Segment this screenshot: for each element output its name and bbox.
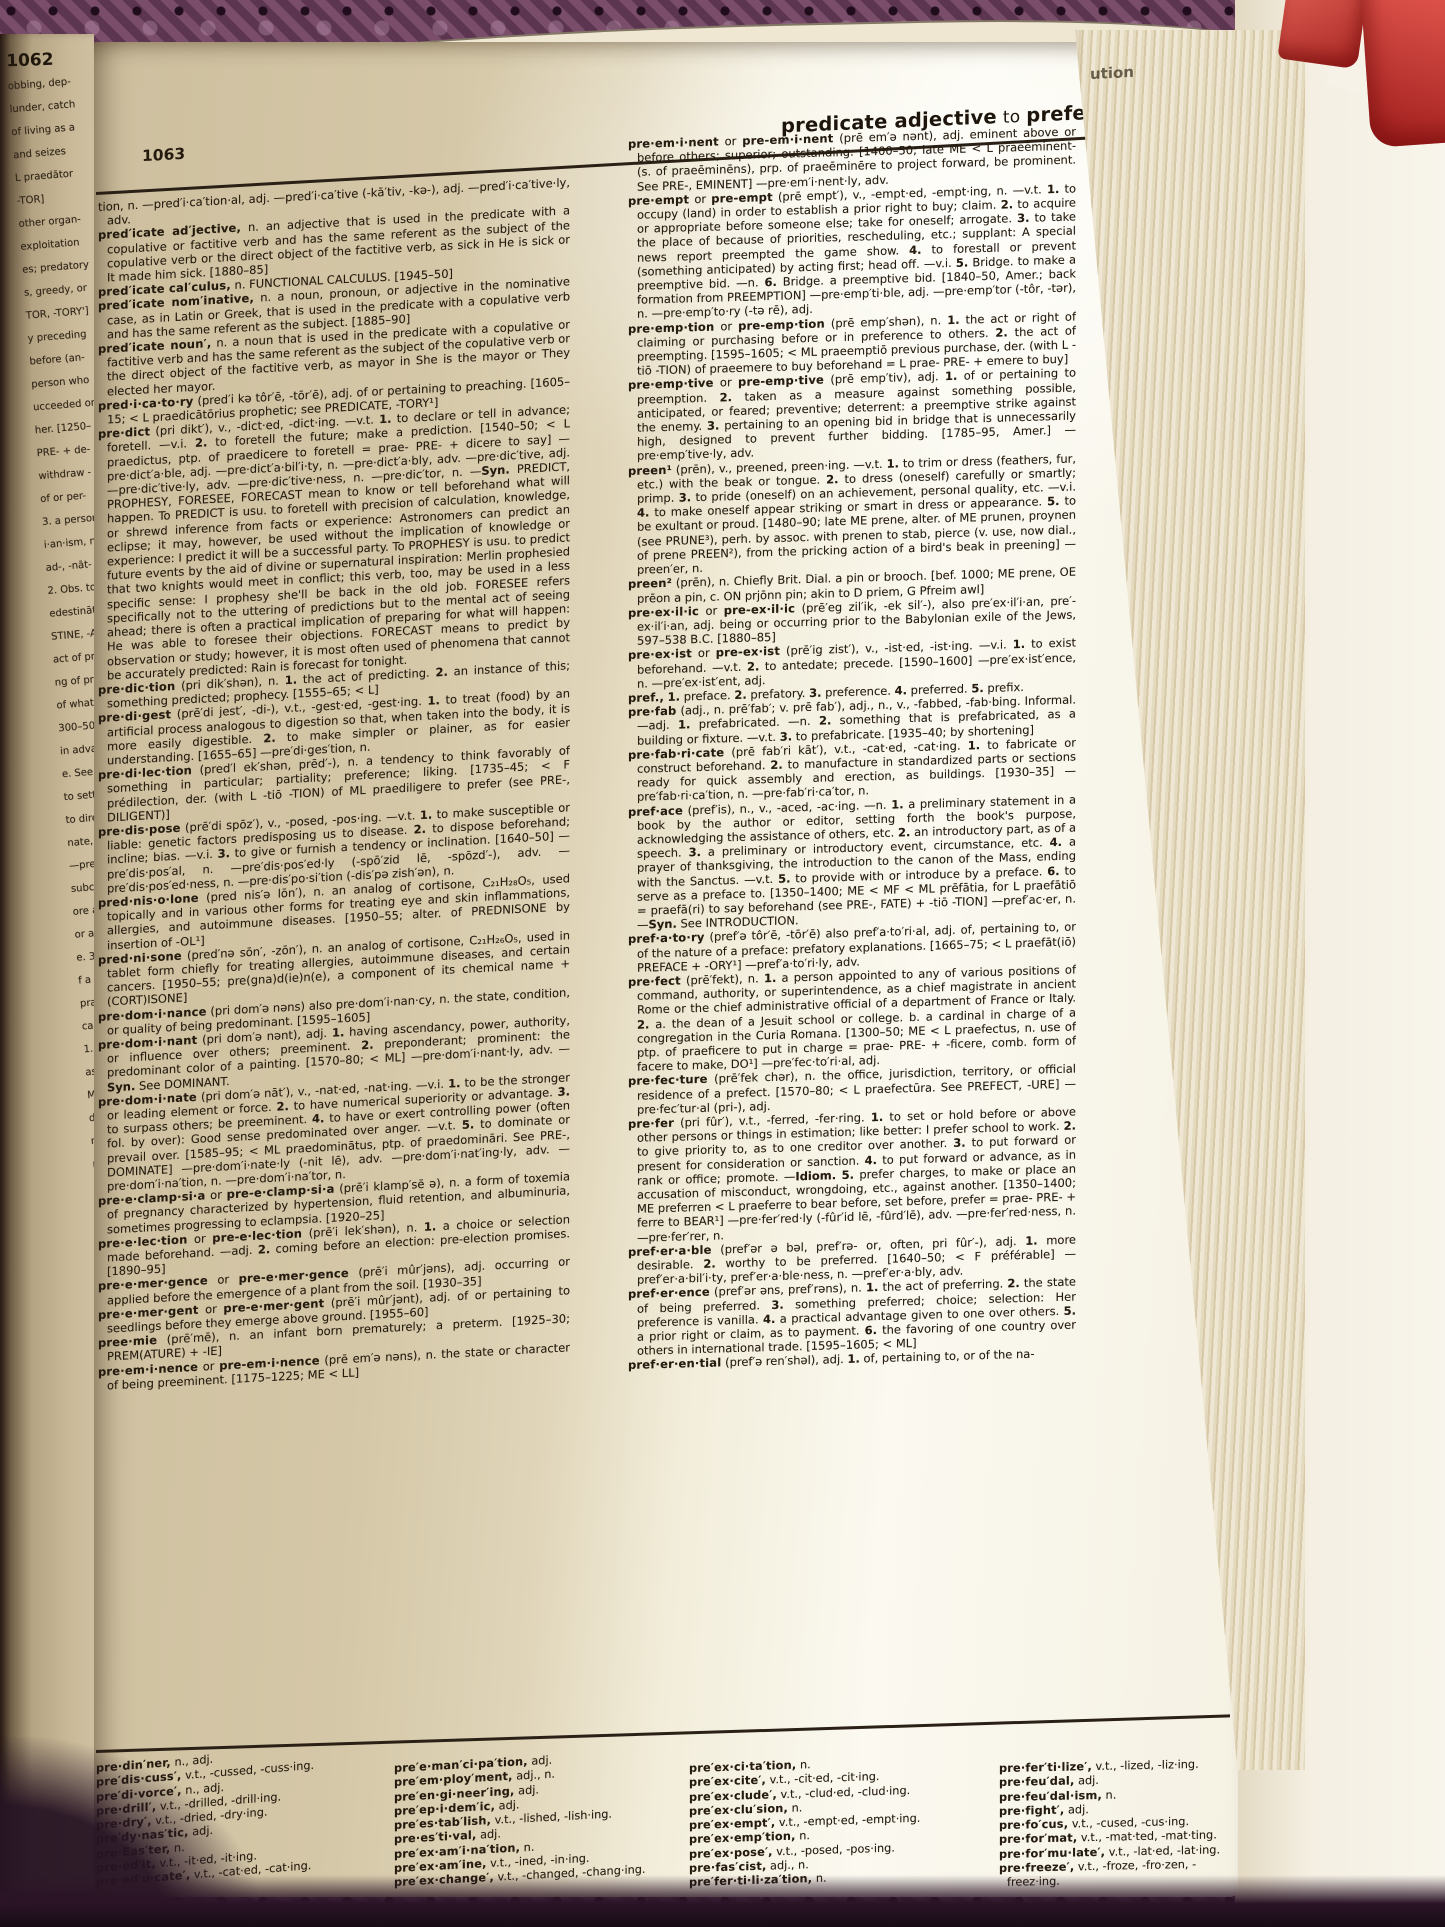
page-number: 1063 (142, 145, 185, 165)
dictionary-entry: pref·ace (pref′is), n., v., -aced, -ac·i… (628, 792, 1076, 932)
show-through-text: ution (1090, 63, 1134, 83)
red-object-large (1361, 0, 1445, 148)
dictionary-entry: pre·empt or pre-empt (prē empt′), v., -e… (628, 181, 1076, 321)
red-object-small (1277, 0, 1366, 69)
runon-list-column: pre·fer′ti·lize′, v.t., -lized, -liz·ing… (999, 1757, 1241, 1891)
runon-list-column: pre′ex·ci·ta′tion, n.pre′ex·cite′, v.t.,… (689, 1753, 974, 1891)
dictionary-entry: pre·fer (pri fûr′), v.t., -ferred, -fer·… (628, 1105, 1076, 1245)
photo-of-dictionary: 1063 predicate adjectivetopreferential t… (0, 0, 1445, 1927)
dictionary-entry: pre·fect (prē′fekt), n. 1. a person appo… (628, 962, 1076, 1074)
left-page-edge: 1062 obbing, dep-lunder, catchof living … (0, 34, 94, 1892)
left-text-column: tion, n. —pred′i·ca′tion·al, adj. —pred′… (98, 175, 570, 1718)
guide-word-to: to (997, 107, 1026, 128)
right-text-column: pre·em·i·nent or pre-em·i·nent (prē em′ə… (628, 124, 1076, 1725)
dictionary-entry: pref·er·ence (pref′ər əns, pref′rəns), n… (628, 1275, 1076, 1359)
table-shadow (0, 1875, 1445, 1927)
left-page-fragments: obbing, dep-lunder, catchof living as aa… (2, 68, 94, 1703)
dictionary-entry: preen¹ (prēn), v., preened, preen·ing. —… (628, 451, 1076, 577)
dictionary-entry: pre·emp·tive or pre-emp·tive (prē emp′ti… (628, 366, 1076, 464)
dictionary-entry: pre·dict (pri dikt′), v., -dict·ed, -dic… (98, 403, 570, 683)
dictionary-page: 1063 predicate adjectivetopreferential t… (88, 42, 1238, 1897)
runon-list-column: pre′e·man′ci·pa′tion, adj.pre′em·ploy′me… (394, 1748, 666, 1891)
